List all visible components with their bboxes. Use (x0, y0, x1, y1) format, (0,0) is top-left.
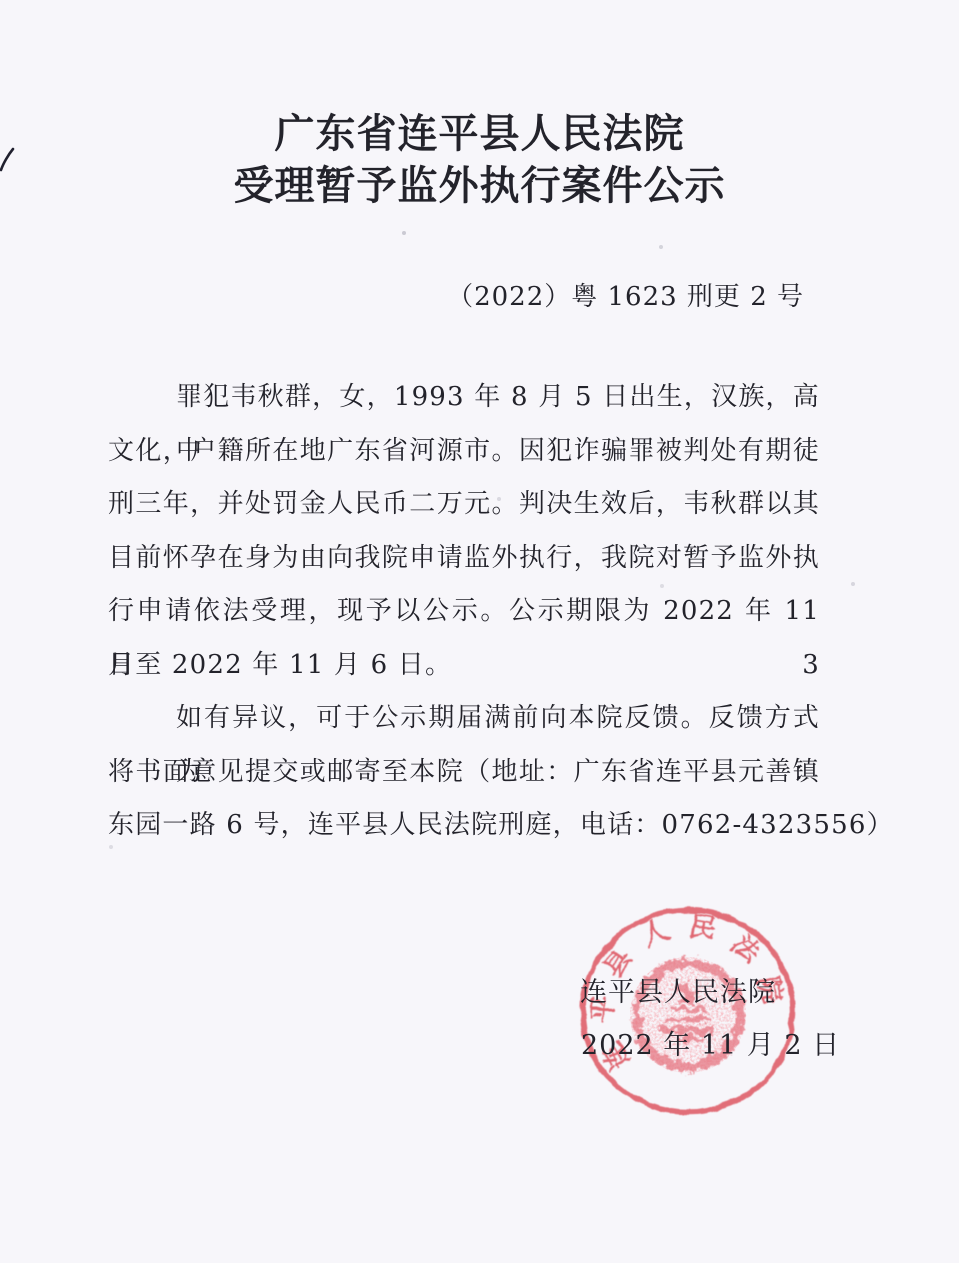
scan-noise-specks (0, 0, 2, 2)
court-name-title: 广东省连平县人民法院 (0, 108, 959, 160)
body-line: 将书面意见提交或邮寄至本院（地址：广东省连平县元善镇 (108, 746, 820, 800)
body-line: 如有异议，可于公示期届满前向本院反馈。反馈方式为： (108, 692, 820, 746)
body-line: 行申请依法受理，现予以公示。公示期限为 2022 年 11 月 3 (108, 585, 820, 639)
notice-type-title: 受理暂予监外执行案件公示 (0, 160, 959, 212)
signature-court-name: 连平县人民法院 (580, 970, 776, 1009)
document-header: 广东省连平县人民法院 受理暂予监外执行案件公示 (0, 108, 959, 212)
pen-mark-artifact (0, 146, 16, 174)
body-line: 文化，户籍所在地广东省河源市。因犯诈骗罪被判处有期徒 (108, 425, 820, 479)
signature-date: 2022 年 11 月 2 日 (581, 1023, 840, 1062)
body-line: 目前怀孕在身为由向我院申请监外执行，我院对暂予监外执 (108, 532, 820, 586)
document-page: 连 平 县 人 民 法 院 广东省连平县人民法院 受理暂予监外执行案件公示 （2… (0, 0, 959, 1263)
case-number: （2022）粤 1623 刑更 2 号 (447, 276, 804, 313)
body-line: 东园一路 6 号，连平县人民法院刑庭，电话：0762-4323556） (108, 799, 820, 853)
svg-text:民: 民 (687, 910, 719, 945)
body-line: 刑三年，并处罚金人民币二万元。判决生效后，韦秋群以其 (108, 478, 820, 532)
notice-body: 罪犯韦秋群，女，1993 年 8 月 5 日出生，汉族，高中 文化，户籍所在地广… (108, 371, 820, 853)
court-seal: 连 平 县 人 民 法 院 (576, 899, 800, 1123)
body-line: 罪犯韦秋群，女，1993 年 8 月 5 日出生，汉族，高中 (108, 371, 820, 425)
